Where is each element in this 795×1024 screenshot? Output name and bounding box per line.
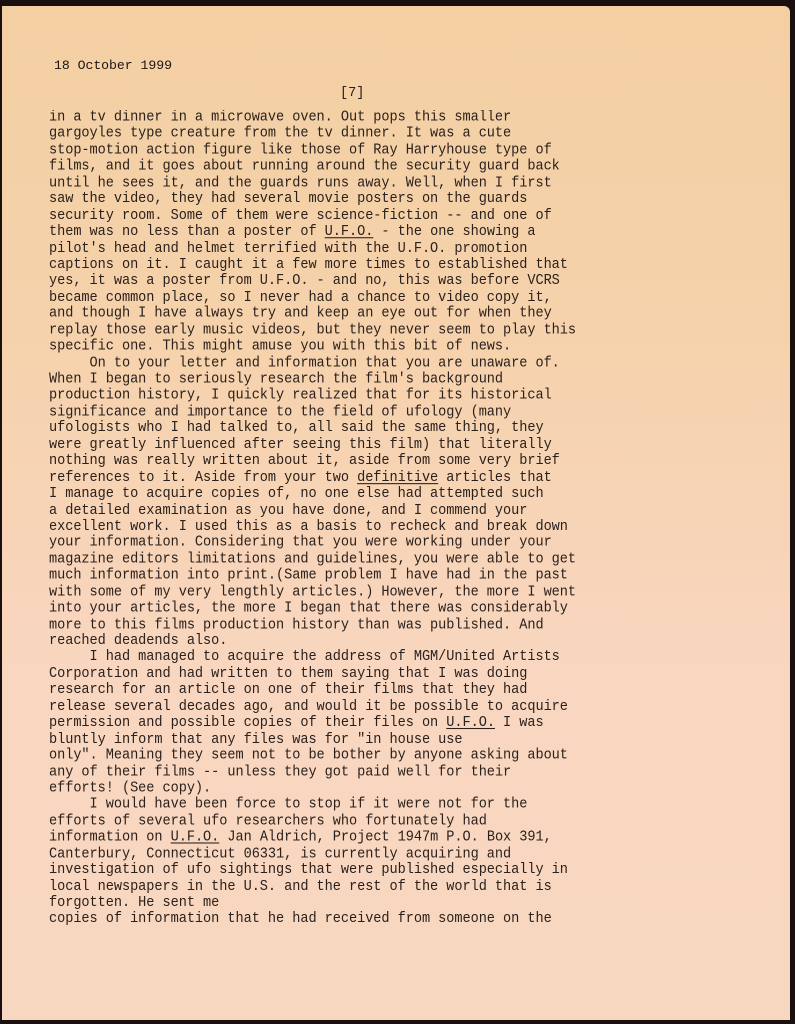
line-text: yes, it was a poster from U.F.O. - and n… (49, 274, 560, 290)
line-text: only". Meaning they seem not to be bothe… (49, 748, 568, 764)
line-text: permission and possible copies of their … (49, 715, 446, 731)
text-line: reached deadends also. (49, 634, 576, 650)
line-text-continued: articles that (438, 470, 552, 486)
line-text: I would have been force to stop if it we… (49, 797, 527, 813)
line-text: saw the video, they had several movie po… (49, 192, 527, 208)
line-text: replay those early music videos, but the… (49, 323, 576, 339)
line-text: When I began to seriously research the f… (49, 372, 503, 388)
text-line: efforts! (See copy). (49, 781, 576, 797)
text-line: Canterbury, Connecticut 06331, is curren… (49, 846, 576, 862)
line-text-continued: I was (495, 715, 544, 731)
line-text: I had managed to acquire the address of … (49, 650, 560, 666)
text-line: specific one. This might amuse you with … (49, 339, 576, 355)
text-line: in a tv dinner in a microwave oven. Out … (49, 110, 576, 126)
text-line: references to it. Aside from your two de… (49, 470, 576, 486)
line-text: more to this films production history th… (49, 617, 544, 633)
line-text: into your articles, the more I began tha… (49, 601, 568, 617)
line-text-continued: - the one showing a (373, 225, 535, 241)
text-line: efforts of several ufo researchers who f… (49, 814, 576, 830)
line-text: release several decades ago, and would i… (49, 699, 568, 715)
text-line: them was no less than a poster of U.F.O.… (49, 225, 576, 241)
text-line: your information. Considering that you w… (49, 535, 576, 551)
text-line: I had managed to acquire the address of … (49, 650, 576, 666)
letter-date: 18 October 1999 (54, 58, 172, 73)
text-line: only". Meaning they seem not to be bothe… (49, 748, 576, 764)
text-line: were greatly influenced after seeing thi… (49, 437, 576, 453)
text-line: and though I have always try and keep an… (49, 306, 576, 322)
text-line: information on U.F.O. Jan Aldrich, Proje… (49, 830, 576, 846)
text-line: bluntly inform that any files was for "i… (49, 732, 576, 748)
text-line: I would have been force to stop if it we… (49, 797, 576, 813)
text-line: with some of my very lengthly articles.)… (49, 585, 576, 601)
line-text: became common place, so I never had a ch… (49, 290, 552, 306)
text-line: On to your letter and information that y… (49, 355, 576, 371)
line-text: investigation of ufo sightings that were… (49, 863, 568, 879)
line-text: efforts of several ufo researchers who f… (49, 814, 487, 830)
text-line: forgotten. He sent me (49, 895, 576, 911)
text-line: production history, I quickly realized t… (49, 388, 576, 404)
underlined-text: U.F.O. (446, 715, 495, 731)
text-line: When I began to seriously research the f… (49, 372, 576, 388)
text-line: permission and possible copies of their … (49, 715, 576, 731)
line-text: specific one. This might amuse you with … (49, 339, 511, 355)
line-text: a detailed examination as you have done,… (49, 503, 527, 519)
line-text: your information. Considering that you w… (49, 535, 552, 551)
line-text: much information into print.(Same proble… (49, 568, 568, 584)
line-text-continued: Jan Aldrich, Project 1947m P.O. Box 391, (219, 830, 551, 846)
text-line: significance and importance to the field… (49, 405, 576, 421)
page-number: [7] (340, 86, 364, 101)
text-line: magazine editors limitations and guideli… (49, 552, 576, 568)
text-line: gargoyles type creature from the tv dinn… (49, 126, 576, 142)
line-text: magazine editors limitations and guideli… (49, 552, 576, 568)
line-text: production history, I quickly realized t… (49, 388, 552, 404)
line-text: captions on it. I caught it a few more t… (49, 257, 568, 273)
underlined-text: U.F.O. (325, 225, 374, 241)
line-text: in a tv dinner in a microwave oven. Out … (49, 110, 511, 126)
text-line: until he sees it, and the guards runs aw… (49, 175, 576, 191)
line-text: Canterbury, Connecticut 06331, is curren… (49, 846, 511, 862)
line-text: reached deadends also. (49, 634, 227, 650)
line-text: and though I have always try and keep an… (49, 306, 552, 322)
text-line: much information into print.(Same proble… (49, 568, 576, 584)
line-text: local newspapers in the U.S. and the res… (49, 879, 552, 895)
line-text: Corporation and had written to them sayi… (49, 666, 527, 682)
line-text: them was no less than a poster of (49, 225, 325, 241)
line-text: pilot's head and helmet terrified with t… (49, 241, 527, 257)
text-line: excellent work. I used this as a basis t… (49, 519, 576, 535)
text-line: research for an article on one of their … (49, 683, 576, 699)
line-text: I manage to acquire copies of, no one el… (49, 486, 544, 502)
line-text: films, and it goes about running around … (49, 159, 560, 175)
line-text: On to your letter and information that y… (49, 355, 560, 371)
line-text: forgotten. He sent me (49, 895, 219, 911)
line-text: any of their films -- unless they got pa… (49, 765, 511, 781)
text-line: copies of information that he had receiv… (49, 912, 576, 928)
line-text: until he sees it, and the guards runs aw… (49, 175, 552, 191)
line-text: with some of my very lengthly articles.)… (49, 585, 576, 601)
text-line: replay those early music videos, but the… (49, 323, 576, 339)
text-line: into your articles, the more I began tha… (49, 601, 576, 617)
text-line: a detailed examination as you have done,… (49, 503, 576, 519)
text-line: captions on it. I caught it a few more t… (49, 257, 576, 273)
text-line: I manage to acquire copies of, no one el… (49, 486, 576, 502)
text-line: release several decades ago, and would i… (49, 699, 576, 715)
text-line: local newspapers in the U.S. and the res… (49, 879, 576, 895)
text-line: investigation of ufo sightings that were… (49, 863, 576, 879)
line-text: information on (49, 830, 171, 846)
text-line: any of their films -- unless they got pa… (49, 765, 576, 781)
line-text: gargoyles type creature from the tv dinn… (49, 126, 511, 142)
text-line: more to this films production history th… (49, 617, 576, 633)
line-text: security room. Some of them were science… (49, 208, 552, 224)
line-text: significance and importance to the field… (49, 405, 511, 421)
letter-body: in a tv dinner in a microwave oven. Out … (49, 110, 576, 928)
line-text: ufologists who I had talked to, all said… (49, 421, 544, 437)
underlined-text: U.F.O. (171, 830, 220, 846)
text-line: films, and it goes about running around … (49, 159, 576, 175)
text-line: ufologists who I had talked to, all said… (49, 421, 576, 437)
text-line: pilot's head and helmet terrified with t… (49, 241, 576, 257)
line-text: efforts! (See copy). (49, 781, 211, 797)
document-page: 18 October 1999 [7] in a tv dinner in a … (2, 6, 790, 1020)
line-text: excellent work. I used this as a basis t… (49, 519, 568, 535)
text-line: security room. Some of them were science… (49, 208, 576, 224)
text-line: nothing was really written about it, asi… (49, 454, 576, 470)
line-text: bluntly inform that any files was for "i… (49, 732, 463, 748)
line-text: references to it. Aside from your two (49, 470, 357, 486)
text-line: saw the video, they had several movie po… (49, 192, 576, 208)
line-text: were greatly influenced after seeing thi… (49, 437, 552, 453)
line-text: stop-motion action figure like those of … (49, 143, 552, 159)
text-line: became common place, so I never had a ch… (49, 290, 576, 306)
text-line: Corporation and had written to them sayi… (49, 666, 576, 682)
underlined-text: definitive (357, 470, 438, 486)
text-line: yes, it was a poster from U.F.O. - and n… (49, 274, 576, 290)
line-text: research for an article on one of their … (49, 683, 527, 699)
line-text: copies of information that he had receiv… (49, 912, 552, 928)
line-text: nothing was really written about it, asi… (49, 454, 560, 470)
text-line: stop-motion action figure like those of … (49, 143, 576, 159)
